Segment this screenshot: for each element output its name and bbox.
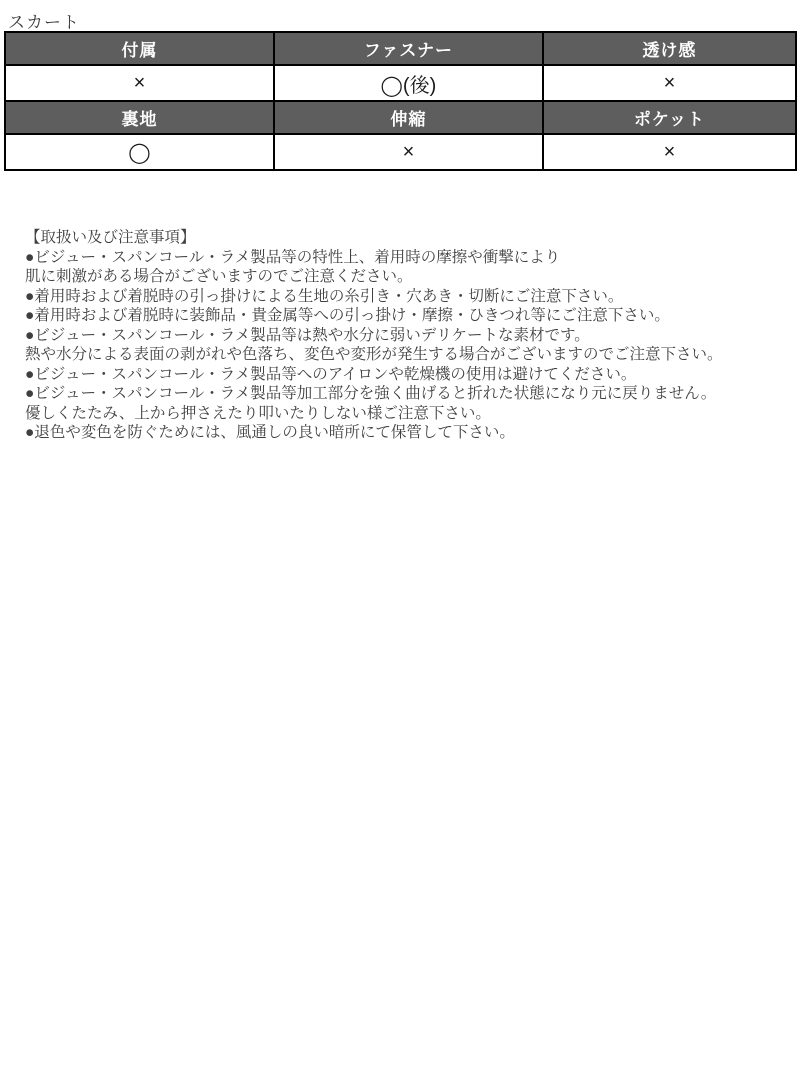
- note-line: ●ビジュー・スパンコール・ラメ製品等加工部分を強く曲げると折れた状態になり元に戻…: [25, 384, 795, 404]
- spec-header-shinshuku: 伸縮: [274, 101, 543, 134]
- spec-header-uraji: 裏地: [5, 101, 274, 134]
- spec-header-sukekan: 透け感: [543, 32, 796, 65]
- note-line: ●着用時および着脱時の引っ掛けによる生地の糸引き・穴あき・切断にご注意下さい。: [25, 287, 795, 307]
- spec-value-uraji: ◯: [5, 134, 274, 170]
- spec-value-shinshuku: ×: [274, 134, 543, 170]
- spec-value-sukekan: ×: [543, 65, 796, 101]
- note-line: ●退色や変色を防ぐためには、風通しの良い暗所にて保管して下さい。: [25, 423, 795, 443]
- note-line: 熱や水分による表面の剥がれや色落ち、変色や変形が発生する場合がございますのでご注…: [25, 345, 795, 365]
- spec-value-row-1: × ◯(後) ×: [5, 65, 796, 101]
- spec-table: 付属 ファスナー 透け感 × ◯(後) × 裏地 伸縮 ポケット ◯ × ×: [4, 31, 797, 171]
- spec-header-pocket: ポケット: [543, 101, 796, 134]
- page-title: スカート: [8, 8, 80, 33]
- note-line: ●ビジュー・スパンコール・ラメ製品等の特性上、着用時の摩擦や衝撃により: [25, 248, 795, 268]
- spec-value-fuzoku: ×: [5, 65, 274, 101]
- note-line: 優しくたたみ、上から押さえたり叩いたりしない様ご注意下さい。: [25, 404, 795, 424]
- care-notes: 【取扱い及び注意事項】 ●ビジュー・スパンコール・ラメ製品等の特性上、着用時の摩…: [25, 228, 795, 443]
- spec-value-pocket: ×: [543, 134, 796, 170]
- note-line: ●着用時および着脱時に装飾品・貴金属等への引っ掛け・摩擦・ひきつれ等にご注意下さ…: [25, 306, 795, 326]
- product-spec-page: スカート 付属 ファスナー 透け感 × ◯(後) × 裏地 伸縮 ポケット: [0, 0, 800, 1067]
- spec-header-fuzoku: 付属: [5, 32, 274, 65]
- spec-value-row-2: ◯ × ×: [5, 134, 796, 170]
- spec-header-row-2: 裏地 伸縮 ポケット: [5, 101, 796, 134]
- spec-header-fastener: ファスナー: [274, 32, 543, 65]
- note-line: ●ビジュー・スパンコール・ラメ製品等へのアイロンや乾燥機の使用は避けてください。: [25, 365, 795, 385]
- note-line: ●ビジュー・スパンコール・ラメ製品等は熱や水分に弱いデリケートな素材です。: [25, 326, 795, 346]
- care-notes-heading: 【取扱い及び注意事項】: [25, 228, 795, 248]
- spec-header-row-1: 付属 ファスナー 透け感: [5, 32, 796, 65]
- spec-value-fastener: ◯(後): [274, 65, 543, 101]
- note-line: 肌に刺激がある場合がございますのでご注意ください。: [25, 267, 795, 287]
